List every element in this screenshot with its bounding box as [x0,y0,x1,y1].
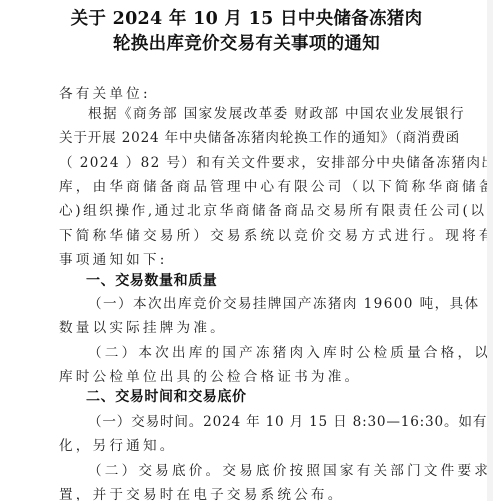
section-heading-1: 一、交易数量和质量 [86,271,217,291]
paragraph-line: 库时公检单位出具的公检合格证书为准。 [59,367,421,387]
paragraph-line: （二）交易底价。交易底价按照国家有关部门文件要求设 [88,461,421,481]
section-heading-2: 二、交易时间和交易底价 [86,387,247,407]
intro-line: 下简称华储交易所）交易系统以竞价交易方式进行。现将有关 [59,226,421,246]
intro-line: 根据《商务部 国家发展改革委 财政部 中国农业发展银行 [88,104,421,124]
intro-line: （ 2024 ）82 号）和有关文件要求，安排部分中央储备冻猪肉出 [59,153,421,173]
intro-line: 心)组织操作,通过北京华商储备商品交易所有限责任公司(以 [59,201,421,221]
intro-line: 库，由华商储备商品管理中心有限公司（以下简称华商储备中 [59,177,421,197]
document-title-line-2: 轮换出库竞价交易有关事项的通知 [0,32,493,56]
document-title-line-1: 关于 2024 年 10 月 15 日中央储备冻猪肉 [0,7,493,31]
salutation: 各有关单位: [59,84,421,104]
document-page: 关于 2024 年 10 月 15 日中央储备冻猪肉 轮换出库竞价交易有关事项的… [0,0,487,501]
paragraph-line: 置，并于交易时在电子交易系统公布。 [59,485,421,501]
paragraph-line: （一）交易时间。2024 年 10 月 15 日 8:30—16:30。如有变 [88,412,421,432]
intro-line: 事项通知如下: [59,250,421,270]
paragraph-line: 化，另行通知。 [59,436,421,456]
paragraph-line: （一）本次出库竞价交易挂牌国产冻猪肉 19600 吨，具体 [88,294,421,314]
paragraph-line: 数量以实际挂牌为准。 [59,318,421,338]
intro-line: 关于开展 2024 年中央储备冻猪肉轮换工作的通知》（商消费函 [59,128,421,148]
paragraph-line: （二）本次出库的国产冻猪肉入库时公检质量合格，以入 [88,343,421,363]
scrollbar-track[interactable] [487,0,493,501]
